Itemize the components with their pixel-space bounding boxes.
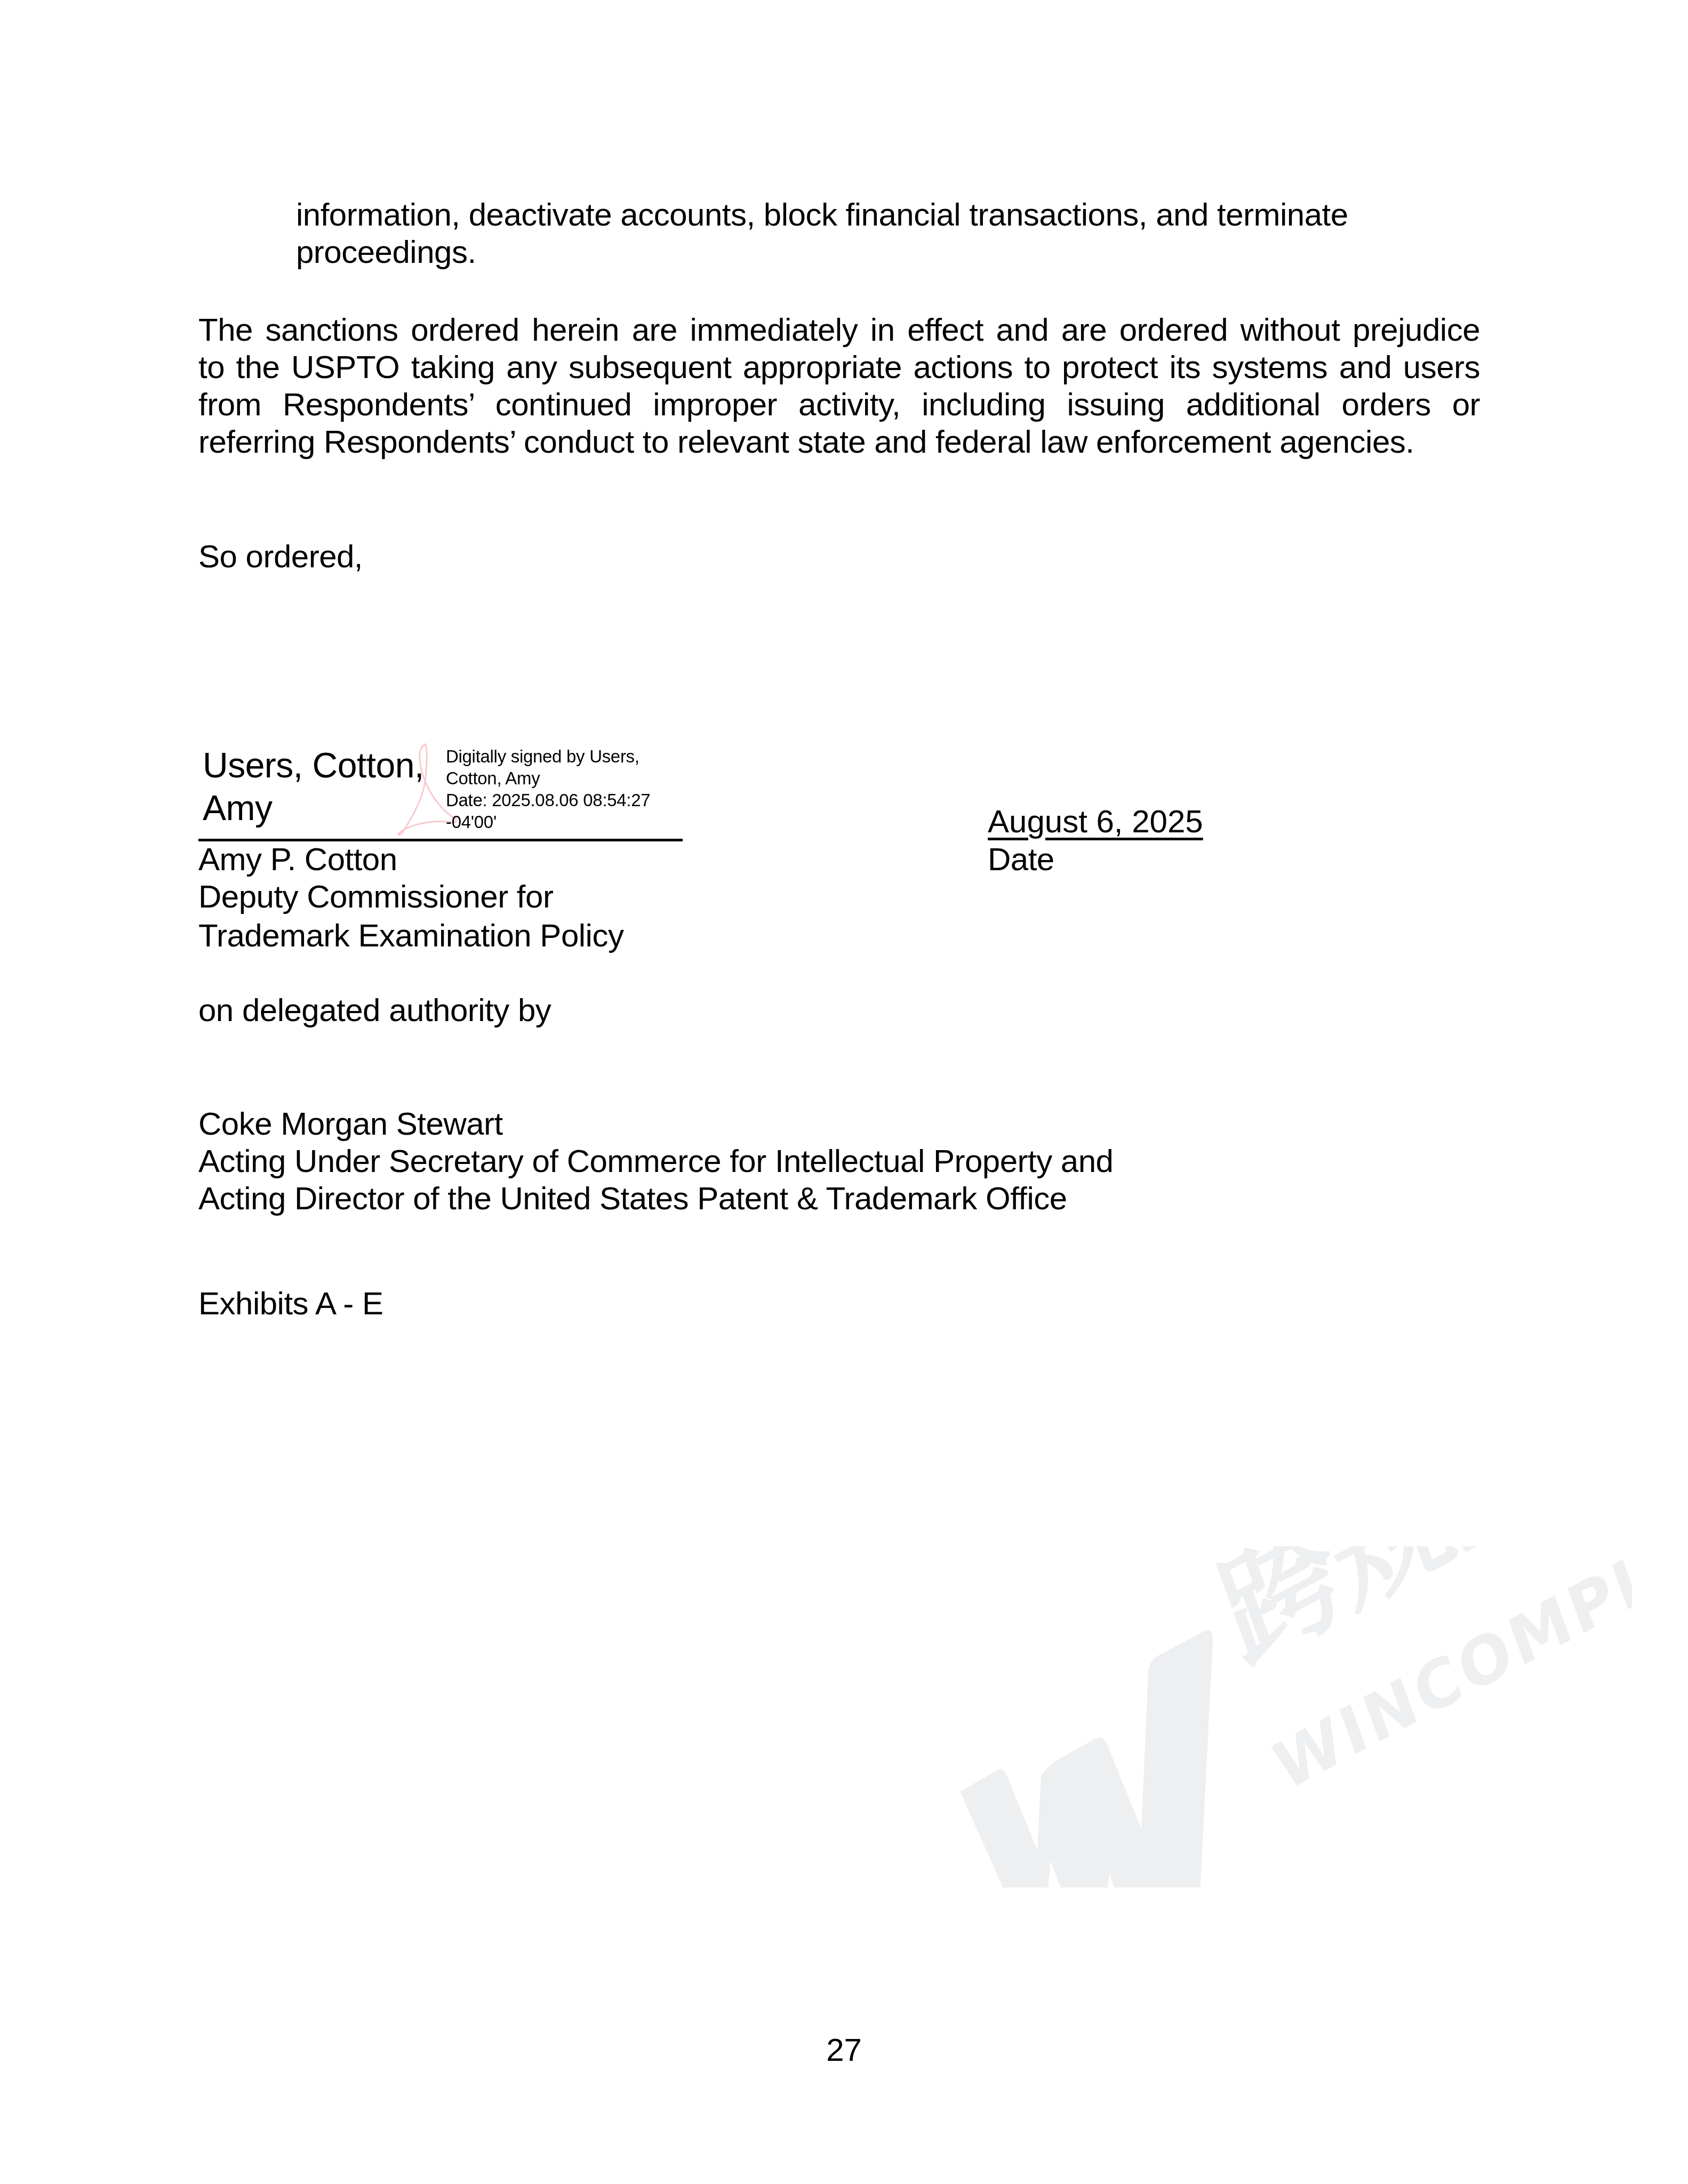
continuation-line-1: information, deactivate accounts, block …: [296, 196, 1348, 234]
delegation-text: on delegated authority by: [198, 992, 551, 1029]
signed-name: Users, Cotton, Amy: [203, 744, 424, 829]
signer-title-line-2: Trademark Examination Policy: [198, 917, 623, 954]
sanctions-line-2: to the USPTO taking any subsequent appro…: [198, 349, 1480, 386]
signed-name-line-2: Amy: [203, 786, 424, 829]
watermark-latin-text: WINCOMPLY: [1265, 1546, 1632, 1806]
digital-signature-line-3: Date: 2025.08.06 08:54:27: [446, 789, 650, 811]
sanctions-line-1: The sanctions ordered herein are immedia…: [198, 311, 1480, 349]
digital-signature-line-4: -04'00': [446, 811, 650, 833]
closing-text: So ordered,: [198, 538, 363, 575]
wincomply-watermark: 跨规盈 WINCOMPLY: [944, 1546, 1632, 1888]
sanctions-line-3: from Respondents’ continued improper act…: [198, 386, 1480, 423]
exhibits-text: Exhibits A - E: [198, 1285, 383, 1322]
digital-signature-line-1: Digitally signed by Users,: [446, 745, 650, 767]
authority-title-line-2: Acting Director of the United States Pat…: [198, 1180, 1067, 1217]
signer-title-line-1: Deputy Commissioner for: [198, 878, 553, 916]
continuation-line-2: proceedings.: [296, 234, 476, 271]
authority-title-line-1: Acting Under Secretary of Commerce for I…: [198, 1143, 1113, 1180]
digital-signature-details: Digitally signed by Users, Cotton, Amy D…: [446, 745, 650, 833]
date-label: Date: [988, 841, 1054, 878]
authority-name: Coke Morgan Stewart: [198, 1105, 503, 1143]
digital-signature-line-2: Cotton, Amy: [446, 767, 650, 789]
signed-name-line-1: Users, Cotton,: [203, 744, 424, 786]
page-number: 27: [0, 2032, 1688, 2069]
document-page: information, deactivate accounts, block …: [0, 0, 1688, 2184]
signature-date: August 6, 2025: [988, 803, 1203, 840]
signer-name: Amy P. Cotton: [198, 841, 397, 878]
watermark-chinese-text: 跨规盈: [1203, 1546, 1578, 1691]
sanctions-line-4: referring Respondents’ conduct to releva…: [198, 423, 1480, 461]
sanctions-paragraph: The sanctions ordered herein are immedia…: [198, 311, 1480, 461]
